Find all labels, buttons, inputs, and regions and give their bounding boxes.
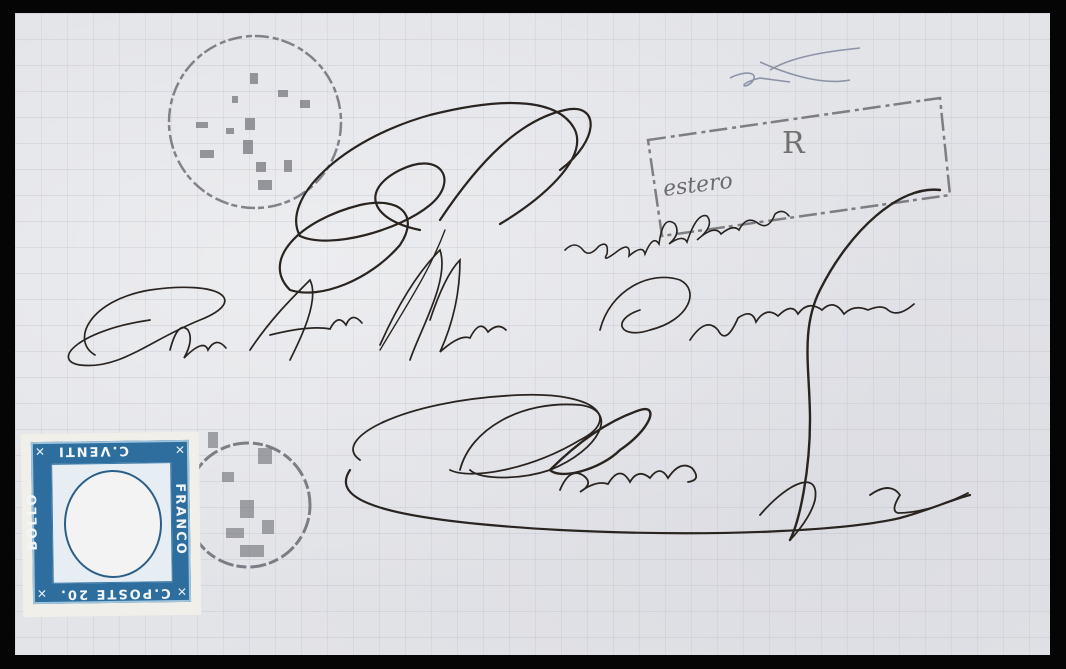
word-pregiatissimo (565, 211, 789, 258)
stamp-face: ✕ ✕ ✕ ✕ C.VENTI C.POSTE 20. BOLLO FRANCO (31, 440, 191, 604)
postage-stamp: ✕ ✕ ✕ ✕ C.VENTI C.POSTE 20. BOLLO FRANCO (21, 432, 202, 617)
corner-ornament-icon: ✕ (175, 443, 185, 457)
calligraphic-p (280, 103, 591, 350)
word-line-name (68, 250, 914, 366)
stamp-frame (51, 462, 173, 584)
stamp-left-text: BOLLO (25, 492, 41, 550)
stamp-bottom-text: C.POSTE 20. (59, 585, 171, 602)
word-rovigo (346, 395, 970, 540)
corner-ornament-icon: ✕ (35, 445, 45, 459)
stamp-top-text: C.VENTI (57, 443, 129, 459)
embossed-portrait (63, 469, 162, 578)
corner-ornament-icon: ✕ (177, 585, 187, 599)
stamp-right-text: FRANCO (172, 483, 188, 556)
corner-ornament-icon: ✕ (37, 587, 47, 601)
flourish-stroke (790, 190, 940, 540)
